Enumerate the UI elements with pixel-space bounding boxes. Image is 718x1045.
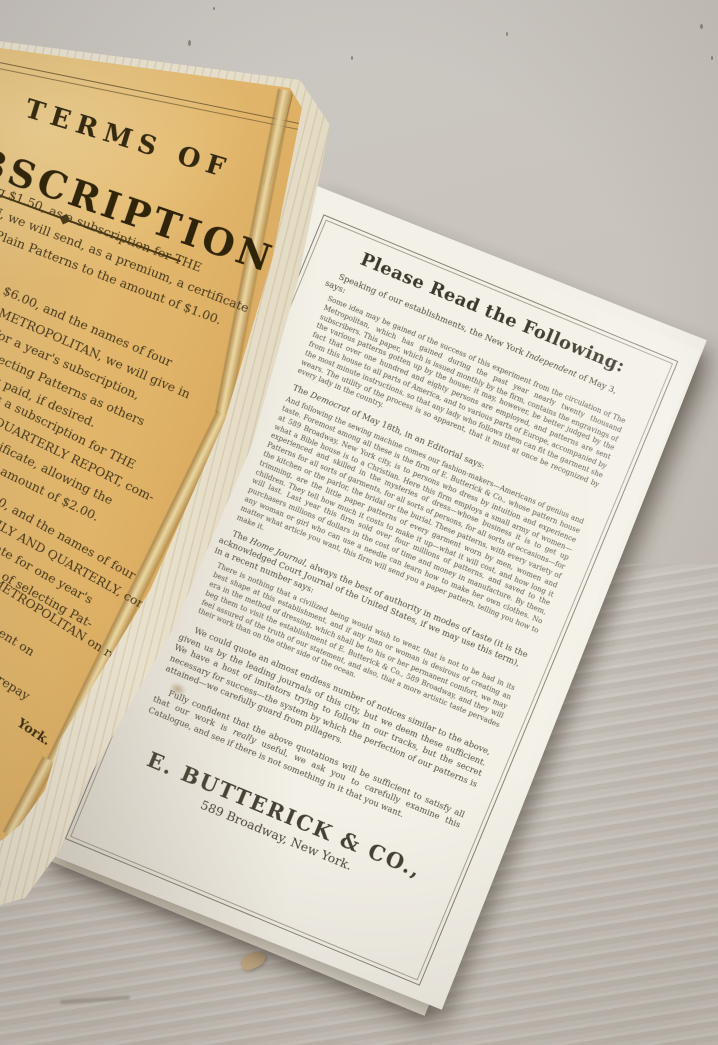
dust-speck: [711, 56, 713, 60]
dust-speck: [188, 40, 191, 46]
dust-speck: [700, 24, 703, 29]
photo-of-open-catalog: Please Read the Following: Speaking of o…: [0, 0, 718, 1045]
dust-speck: [213, 7, 215, 10]
dust-speck: [506, 32, 508, 36]
dust-speck: [351, 56, 353, 60]
